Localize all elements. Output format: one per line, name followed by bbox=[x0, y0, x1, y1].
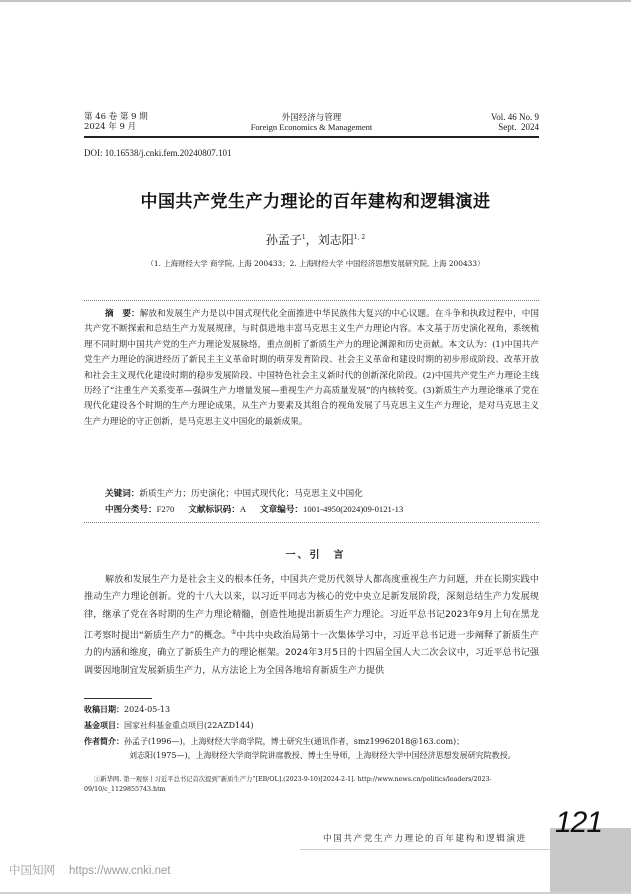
doc-code-label: 文献标识码： bbox=[188, 505, 240, 515]
paper-page: 第 46 卷 第 9 期 2024 年 9 月 外国经济与管理 Foreign … bbox=[0, 0, 631, 894]
doc-code-value: A bbox=[240, 504, 246, 514]
abstract-text: 解放和发展生产力是以中国式现代化全面推进中华民族伟大复兴的中心议题。在斗争和执政… bbox=[84, 309, 539, 427]
author-bio: 作者简介：孙孟子(1996—)，上海财经大学商学院，博士研究生(通讯作者，smz… bbox=[84, 735, 539, 763]
fund-value: 国家社科基金重点项目(22AZD144) bbox=[124, 721, 253, 730]
clc-value: F270 bbox=[157, 504, 175, 514]
author-name: 刘志阳 bbox=[318, 233, 354, 247]
dotted-divider-top bbox=[84, 300, 539, 301]
doi[interactable]: DOI: 10.16538/j.cnki.fem.20240807.101 bbox=[84, 148, 232, 158]
author-affil-mark: 1, 2 bbox=[354, 234, 365, 241]
running-title: 中国共产党生产力理论的百年建构和逻辑演进 bbox=[323, 832, 527, 844]
fund-info: 基金项目：国家社科基金重点项目(22AZD144) bbox=[84, 719, 539, 733]
classification-line: 中图分类号：F270文献标识码：A文章编号：1001-4950(2024)09-… bbox=[105, 503, 403, 515]
received-date: 收稿日期：2024-05-13 bbox=[84, 703, 539, 717]
article-title: 中国共产党生产力理论的百年建构和逻辑演进 bbox=[0, 187, 631, 212]
footnote-rule bbox=[84, 698, 152, 699]
section-heading: 一、引 言 bbox=[0, 546, 631, 561]
author-name: 孙孟子 bbox=[266, 233, 302, 247]
journal-name-cn: 外国经济与管理 bbox=[84, 112, 539, 122]
bio-author-1: 孙孟子(1996—)，上海财经大学商学院，博士研究生(通讯作者，smz19962… bbox=[124, 737, 464, 746]
author-list: 孙孟子1，刘志阳1, 2 bbox=[0, 231, 631, 248]
author-separator: ， bbox=[306, 233, 318, 247]
clc-label: 中图分类号： bbox=[105, 505, 157, 515]
journal-header: 第 46 卷 第 9 期 2024 年 9 月 外国经济与管理 Foreign … bbox=[84, 112, 539, 136]
volume-en: Vol. 46 No. 9 bbox=[491, 112, 539, 122]
bio-author-2: 刘志阳(1975—)，上海财经大学商学院讲席教授、博士生导师，上海财经大学中国经… bbox=[84, 749, 539, 763]
footer-rule bbox=[300, 849, 550, 850]
received-value: 2024-05-13 bbox=[124, 705, 170, 714]
received-label: 收稿日期： bbox=[84, 705, 124, 714]
watermark-brand: 中国知网 bbox=[9, 863, 55, 877]
fund-label: 基金项目： bbox=[84, 721, 124, 730]
date-en: Sept. 2024 bbox=[491, 122, 539, 132]
body-text: 解放和发展生产力是社会主义的根本任务，中国共产党历代领导人都高度重视生产力问题，… bbox=[84, 572, 539, 680]
header-rule bbox=[84, 136, 539, 138]
journal-name-en: Foreign Economics & Management bbox=[84, 122, 539, 132]
article-id-value: 1001-4950(2024)09-0121-13 bbox=[303, 504, 403, 514]
bio-label: 作者简介： bbox=[84, 737, 124, 746]
cnki-watermark: 中国知网https://www.cnki.net bbox=[9, 862, 171, 878]
affiliations: （1. 上海财经大学 商学院, 上海 200433；2. 上海财经大学 中国经济… bbox=[0, 258, 631, 269]
issue-info-en: Vol. 46 No. 9 Sept. 2024 bbox=[491, 112, 539, 132]
dotted-divider-bottom bbox=[84, 522, 539, 523]
citation-footnote: ①新华网. 第一观察丨习近平总书记首次提到“新质生产力”[EB/OL].(202… bbox=[84, 775, 539, 795]
page-number: 121 bbox=[555, 806, 602, 840]
abstract: 摘 要：解放和发展生产力是以中国式现代化全面推进中华民族伟大复兴的中心议题。在斗… bbox=[84, 307, 539, 430]
keywords: 关键词：新质生产力；历史演化；中国式现代化；马克思主义中国化 bbox=[105, 487, 363, 499]
article-id-label: 文章编号： bbox=[260, 505, 303, 515]
watermark-url[interactable]: https://www.cnki.net bbox=[69, 865, 171, 877]
abstract-label: 摘 要： bbox=[105, 309, 140, 319]
keywords-text: 新质生产力；历史演化；中国式现代化；马克思主义中国化 bbox=[139, 489, 362, 499]
keywords-label: 关键词： bbox=[105, 489, 139, 499]
journal-name: 外国经济与管理 Foreign Economics & Management bbox=[84, 112, 539, 132]
